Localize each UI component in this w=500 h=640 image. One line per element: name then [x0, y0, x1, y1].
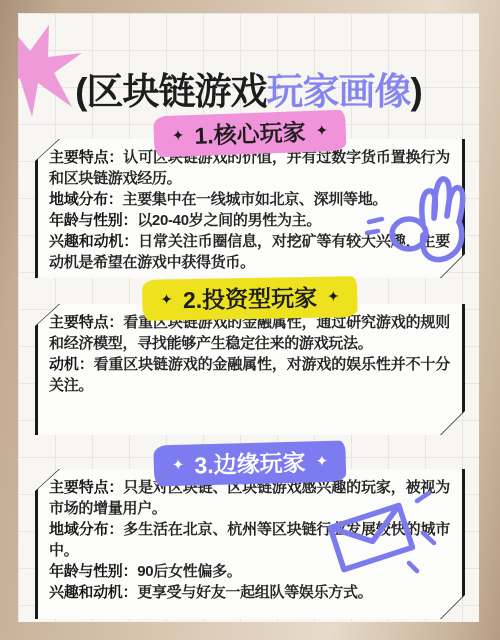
title-prefix: (区块链游戏: [75, 71, 266, 112]
section-marginal-badge: ✦ 3.边缘玩家 ✦: [153, 440, 346, 486]
section-core-badge: ✦ 1.核心玩家 ✦: [153, 110, 347, 158]
section-investor-badge: ✦ 2.投资型玩家 ✦: [142, 276, 358, 321]
page-title: (区块链游戏玩家画像): [18, 72, 479, 113]
sparkle-icon: ✦: [315, 451, 328, 469]
flying-envelope-icon: [313, 491, 443, 581]
title-highlight: 玩家画像: [267, 71, 411, 112]
profile-line: 兴趣和动机：更享受与好友一起组队等娱乐方式。: [49, 582, 450, 603]
profile-line: 动机：看重区块链游戏的金融属性，对游戏的娱乐性并不十分关注。: [49, 354, 450, 396]
title-suffix: ): [411, 71, 422, 112]
sparkle-icon: ✦: [327, 287, 340, 305]
sparkle-icon: ✦: [172, 126, 185, 144]
content-canvas: (区块链游戏玩家画像) ✦ 1.核心玩家 ✦ 主要特点：认可区块链游戏的价值，并…: [18, 13, 479, 622]
section-investor-badge-label: 2.投资型玩家: [183, 280, 318, 315]
sparkle-icon: ✦: [160, 290, 173, 308]
section-investor-box: 主要特点：看重区块链游戏的金融属性，通过研究游戏的规则和经济模型，寻找能够产生稳…: [35, 304, 465, 435]
sparkle-icon: ✦: [315, 121, 328, 139]
section-investor-players: ✦ 2.投资型玩家 ✦ 主要特点：看重区块链游戏的金融属性，通过研究游戏的规则和…: [35, 278, 465, 435]
infographic-poster: { "title": { "prefix": "(区块链游戏", "highli…: [0, 0, 500, 640]
section-core-badge-label: 1.核心玩家: [194, 114, 306, 151]
sparkle-icon: ✦: [172, 455, 185, 473]
ok-hand-icon: [365, 166, 477, 274]
section-marginal-badge-label: 3.边缘玩家: [194, 445, 306, 481]
